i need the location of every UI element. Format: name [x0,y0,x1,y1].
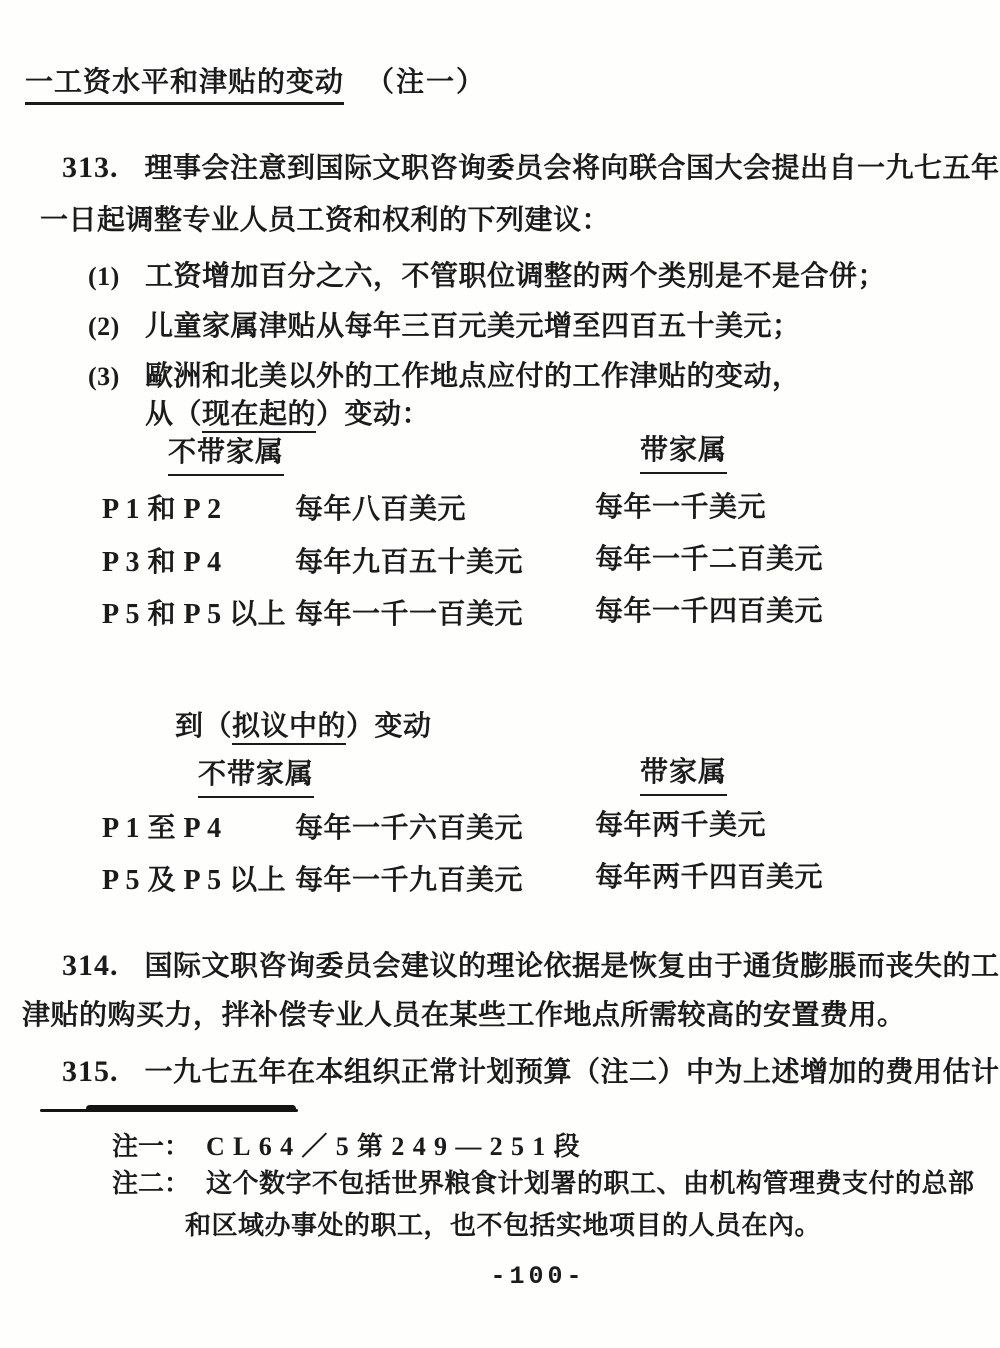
paragraph-315-text: 一九七五年在本组织正常计划预算（注二）中为上述增加的费用估计为： [145,1057,1000,1088]
list-item-2-number: (2) [88,312,145,342]
section-heading-note-ref: （注一） [366,67,486,98]
proposed-change-suffix: ）变动 [346,711,432,742]
proposed-change-underlined: 拟议中的 [232,711,346,745]
proposed-change-label: 到（拟议中的）变动 [175,704,432,744]
section-heading: 一工资水平和津贴的变动（注一） [25,60,486,100]
section-heading-title: 一工资水平和津贴的变动 [25,67,344,105]
paragraph-313-line-1: 313.理事会注意到国际文职咨询委员会将向联合国大会提出自一九七五年一月 [62,146,1000,186]
list-item-3-text-line-1: 歐洲和北美以外的工作地点应付的工作津贴的变动， [145,361,801,392]
without-dependents-cell: 每年八百美元 [295,487,466,527]
with-dependents-cell: 每年两千美元 [595,803,766,843]
list-item-2: (2)儿童家属津贴从每年三百元美元增至四百五十美元； [88,304,801,344]
current-change-underlined: 现在起的 [202,399,316,433]
list-item-2-text: 儿童家属津贴从每年三百元美元增至四百五十美元； [145,311,801,342]
current-change-suffix: ）变动： [316,399,430,430]
paragraph-314-line-1: 314.国际文职咨询委员会建议的理论依据是恢复由于通货膨脹而丧失的工资和 [62,944,1000,984]
footnote-2-label: 注二： [112,1169,190,1198]
footnote-2-line-2: 和区域办事处的职工，也不包括实地项目的人员在內。 [185,1205,821,1242]
list-item-3-line-2: 从（现在起的）变动： [145,392,430,432]
list-item-1: (1)工资增加百分之六，不管职位调整的两个类別是不是合併； [88,254,886,294]
without-dependents-cell: 每年九百五十美元 [295,540,523,580]
current-table-header-without-dependents: 不带家属 [168,430,284,476]
with-dependents-cell: 每年一千二百美元 [595,537,823,577]
paragraph-313-text-line-1: 理事会注意到国际文职咨询委员会将向联合国大会提出自一九七五年一月 [145,153,1000,184]
list-item-3-line-1: (3)歐洲和北美以外的工作地点应付的工作津贴的变动， [88,354,801,394]
current-table-header-with-label: 带家属 [640,435,727,466]
current-change-prefix: 从（ [145,399,202,430]
footnote-1-reference: CL64／5第249—251段 [206,1132,588,1161]
page-number: -100- [0,1262,1000,1291]
document-page: 一工资水平和津贴的变动（注一） 313.理事会注意到国际文职咨询委员会将向联合国… [0,0,1000,1348]
footnote-2-text-line-2: 和区域办事处的职工，也不包括实地项目的人员在內。 [185,1211,821,1240]
paragraph-314-text-line-2: 津贴的购买力，拌补偿专业人员在某些工作地点所需较高的安置费用。 [22,1000,906,1031]
paragraph-313-number: 313. [62,151,119,184]
proposed-table-header-without-dependents: 不带家属 [198,752,314,798]
paragraph-314-number: 314. [62,949,119,982]
without-dependents-cell: 每年一千六百美元 [295,806,523,846]
footnote-2-line-1: 注二：这个数字不包括世界粮食计划署的职工、由机构管理费支付的总部 [112,1163,975,1200]
without-dependents-cell: 每年一千一百美元 [295,592,523,632]
with-dependents-cell: 每年一千美元 [595,485,766,525]
proposed-table-header-with-label: 带家属 [640,757,727,788]
paragraph-313-text-line-2: 一日起调整专业人员工资和权利的下列建议： [40,205,610,236]
proposed-table-header-with-dependents: 带家属 [640,750,727,796]
with-dependents-cell: 每年两千四百美元 [595,855,823,895]
paragraph-315: 315.一九七五年在本组织正常计划预算（注二）中为上述增加的费用估计为： [62,1050,1000,1090]
with-dependents-cell: 每年一千四百美元 [595,589,823,629]
grade-cell: P 1 至 P 4 [102,806,222,846]
paragraph-313-line-2: 一日起调整专业人员工资和权利的下列建议： [40,198,610,238]
list-item-1-number: (1) [88,262,145,292]
grade-cell: P 3 和 P 4 [102,540,222,580]
paragraph-314-line-2: 津贴的购买力，拌补偿专业人员在某些工作地点所需较高的安置费用。 [22,993,906,1033]
list-item-3-number: (3) [88,362,145,392]
list-item-1-text: 工资增加百分之六，不管职位调整的两个类別是不是合併； [145,261,886,292]
proposed-table-header-without-label: 不带家属 [198,759,314,790]
footnote-2-text-line-1: 这个数字不包括世界粮食计划署的职工、由机构管理费支付的总部 [206,1169,975,1198]
grade-cell: P 1 和 P 2 [102,487,222,527]
without-dependents-cell: 每年一千九百美元 [295,858,523,898]
footnote-1: 注一：CL64／5第249—251段 [112,1126,588,1163]
grade-cell: P 5 和 P 5 以上 [102,592,286,632]
current-table-header-without-label: 不带家属 [168,437,284,468]
paragraph-314-text-line-1: 国际文职咨询委员会建议的理论依据是恢复由于通货膨脹而丧失的工资和 [145,951,1000,982]
paragraph-315-number: 315. [62,1055,119,1088]
grade-cell: P 5 及 P 5 以上 [102,858,286,898]
footnote-divider-line-thick-segment [86,1105,296,1112]
current-table-header-with-dependents: 带家属 [640,428,727,474]
proposed-change-prefix: 到（ [175,711,232,742]
footnote-1-label: 注一： [112,1132,190,1161]
